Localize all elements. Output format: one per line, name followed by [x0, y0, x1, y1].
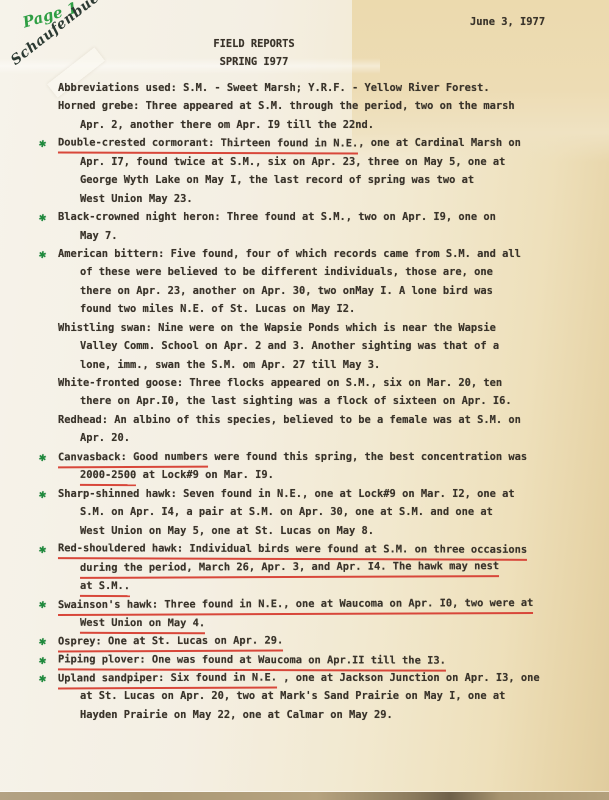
report-line: S.M. on Apr. I4, a pair at S.M. on Apr. …: [0, 503, 609, 521]
report-line: lone, imm., swan the S.M. om Apr. 27 til…: [0, 356, 609, 374]
typewritten-text: Apr. 20.: [80, 429, 130, 447]
report-line: May 7.: [0, 227, 609, 245]
scanned-document-page: Page 1 Schaufenbuel June 3, I977 FIELD R…: [0, 0, 609, 800]
asterisk-mark-icon: ✱: [38, 633, 47, 650]
typewritten-text: Horned grebe: Three appeared at S.M. thr…: [58, 97, 515, 115]
typewritten-text: of these were believed to be different i…: [80, 263, 493, 281]
asterisk-mark-icon: ✱: [38, 596, 47, 613]
report-line: Horned grebe: Three appeared at S.M. thr…: [0, 97, 609, 115]
report-line: ✱Sharp-shinned hawk: Seven found in N.E.…: [0, 485, 609, 503]
report-line: West Union on May 4.: [0, 614, 609, 632]
report-line: White-fronted goose: Three flocks appear…: [0, 374, 609, 392]
report-line: ✱Double-crested cormorant: Thirteen foun…: [0, 134, 609, 152]
typewritten-text: Redhead: An albino of this species, beli…: [58, 411, 521, 429]
asterisk-mark-icon: ✱: [38, 448, 47, 465]
report-line: Apr. 20.: [0, 429, 609, 447]
report-line: 2000-2500 at Lock#9 on Mar. I9.: [0, 466, 609, 484]
asterisk-mark-icon: ✱: [38, 246, 47, 263]
report-line: of these were believed to be different i…: [0, 263, 609, 281]
report-line: George Wyth Lake on May I, the last reco…: [0, 171, 609, 189]
document-title: FIELD REPORTS: [0, 35, 508, 53]
report-line: found two miles N.E. of St. Lucas on May…: [0, 300, 609, 318]
typewritten-text: Abbreviations used: S.M. - Sweet Marsh; …: [58, 79, 490, 97]
typewritten-text: , one at Jackson Junction on Apr. I3, on…: [277, 669, 540, 687]
typewritten-text: Valley Comm. School on Apr. 2 and 3. Ano…: [80, 337, 499, 355]
red-underlined-text: at S.M..: [80, 577, 130, 598]
typewritten-text: American bittern: Five found, four of wh…: [58, 245, 521, 263]
typewritten-text: , one at Cardinal Marsh on: [358, 134, 521, 152]
report-line: during the period, March 26, Apr. 3, and…: [0, 558, 609, 576]
report-line: ✱Black-crowned night heron: Three found …: [0, 208, 609, 226]
document-title-block: FIELD REPORTS SPRING I977: [0, 35, 508, 72]
report-line: there on Apr.I0, the last sighting was a…: [0, 392, 609, 410]
typewritten-text: May 7.: [80, 227, 118, 245]
report-body: Abbreviations used: S.M. - Sweet Marsh; …: [0, 79, 609, 724]
report-line: West Union on May 5, one at St. Lucas on…: [0, 522, 609, 540]
typewritten-text: lone, imm., swan the S.M. om Apr. 27 til…: [80, 356, 380, 374]
page-bottom-edge: [0, 792, 609, 800]
report-line: Valley Comm. School on Apr. 2 and 3. Ano…: [0, 337, 609, 355]
report-line: West Union May 23.: [0, 190, 609, 208]
document-date: June 3, I977: [470, 16, 545, 28]
typewritten-text: were found this spring, the best concent…: [208, 448, 527, 466]
typewritten-text: there on Apr. 23, another on Apr. 30, tw…: [80, 282, 493, 300]
typewritten-text: found two miles N.E. of St. Lucas on May…: [80, 300, 355, 318]
typewritten-text: at Lock#9 on Mar. I9.: [136, 466, 274, 484]
report-line: ✱Upland sandpiper: Six found in N.E. , o…: [0, 669, 609, 687]
document-subtitle: SPRING I977: [0, 53, 508, 71]
report-line: ✱Red-shouldered hawk: Individual birds w…: [0, 540, 609, 558]
typewritten-text: Hayden Prairie on May 22, one at Calmar …: [80, 706, 393, 724]
typewritten-text: Black-crowned night heron: Three found a…: [58, 208, 496, 226]
asterisk-mark-icon: ✱: [38, 670, 47, 687]
typewritten-text: Apr. I7, found twice at S.M., six on Apr…: [80, 153, 505, 171]
report-line: Apr. 2, another there om Apr. I9 till th…: [0, 116, 609, 134]
report-line: Hayden Prairie on May 22, one at Calmar …: [0, 706, 609, 724]
report-line: ✱Swainson's hawk: Three found in N.E., o…: [0, 595, 609, 613]
typewritten-text: Whistling swan: Nine were on the Wapsie …: [58, 319, 496, 337]
typewritten-text: Apr. 2, another there om Apr. I9 till th…: [80, 116, 374, 134]
report-line: there on Apr. 23, another on Apr. 30, tw…: [0, 282, 609, 300]
typewritten-text: Sharp-shinned hawk: Seven found in N.E.,…: [58, 485, 515, 503]
report-line: Abbreviations used: S.M. - Sweet Marsh; …: [0, 79, 609, 97]
typewritten-text: West Union May 23.: [80, 190, 193, 208]
report-line: Redhead: An albino of this species, beli…: [0, 411, 609, 429]
report-line: Apr. I7, found twice at S.M., six on Apr…: [0, 153, 609, 171]
typewritten-text: S.M. on Apr. I4, a pair at S.M. on Apr. …: [80, 503, 493, 521]
asterisk-mark-icon: ✱: [38, 135, 47, 152]
typewritten-text: White-fronted goose: Three flocks appear…: [58, 374, 502, 392]
typewritten-text: there on Apr.I0, the last sighting was a…: [80, 392, 512, 410]
typewritten-text: George Wyth Lake on May I, the last reco…: [80, 171, 474, 189]
report-line: at St. Lucas on Apr. 20, two at Mark's S…: [0, 687, 609, 705]
report-line: at S.M..: [0, 577, 609, 595]
report-line: ✱Osprey: One at St. Lucas on Apr. 29.: [0, 632, 609, 650]
report-line: ✱American bittern: Five found, four of w…: [0, 245, 609, 263]
asterisk-mark-icon: ✱: [38, 541, 47, 558]
report-line: ✱Canvasback: Good numbers were found thi…: [0, 448, 609, 466]
asterisk-mark-icon: ✱: [38, 485, 47, 502]
typewritten-text: at St. Lucas on Apr. 20, two at Mark's S…: [80, 687, 505, 705]
typewritten-text: West Union on May 5, one at St. Lucas on…: [80, 522, 374, 540]
report-line: ✱Piping plover: One was found at Waucoma…: [0, 651, 609, 669]
asterisk-mark-icon: ✱: [38, 209, 47, 226]
asterisk-mark-icon: ✱: [38, 651, 47, 668]
report-line: Whistling swan: Nine were on the Wapsie …: [0, 319, 609, 337]
